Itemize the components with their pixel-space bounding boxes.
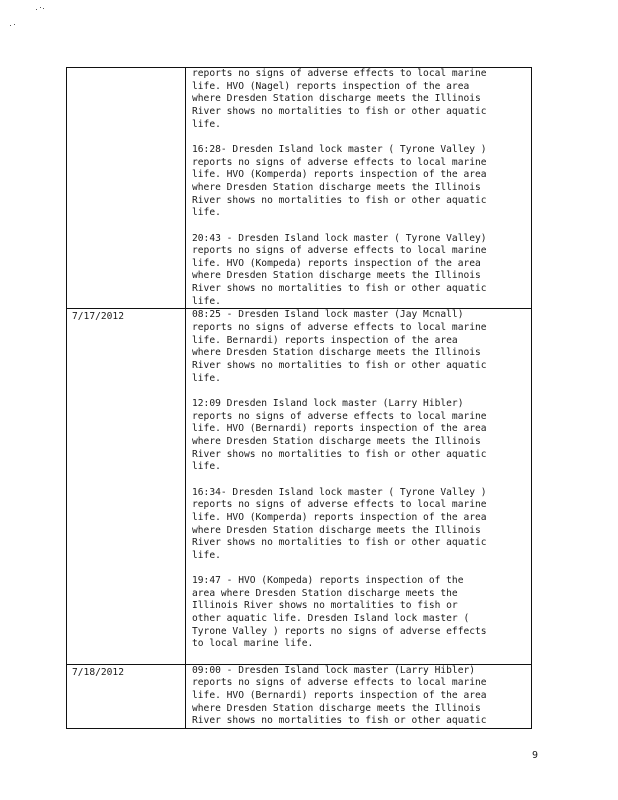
table-row: 7/18/2012 09:00 - Dresden Island lock ma… <box>67 664 532 728</box>
page-number: 9 <box>532 750 538 761</box>
log-entry: reports no signs of adverse effects to l… <box>192 68 526 131</box>
log-entry: 16:28- Dresden Island lock master ( Tyro… <box>192 144 526 220</box>
date-cell: 7/18/2012 <box>67 664 186 728</box>
table-row: 7/17/2012 08:25 - Dresden Island lock ma… <box>67 309 532 664</box>
date-cell: 7/17/2012 <box>67 309 186 664</box>
log-table: reports no signs of adverse effects to l… <box>66 67 532 729</box>
table-row: reports no signs of adverse effects to l… <box>67 68 532 309</box>
scan-artifacts <box>0 0 60 30</box>
date-cell <box>67 68 186 309</box>
entries-cell: 08:25 - Dresden Island lock master (Jay … <box>186 309 532 664</box>
log-entry: 09:00 - Dresden Island lock master (Larr… <box>192 665 526 728</box>
log-entry: 19:47 - HVO (Kompeda) reports inspection… <box>192 575 526 651</box>
log-entry: 12:09 Dresden Island lock master (Larry … <box>192 398 526 474</box>
log-entry: 20:43 - Dresden Island lock master ( Tyr… <box>192 233 526 309</box>
log-entry: 08:25 - Dresden Island lock master (Jay … <box>192 309 526 385</box>
log-entry: 16:34- Dresden Island lock master ( Tyro… <box>192 487 526 563</box>
entries-cell: 09:00 - Dresden Island lock master (Larr… <box>186 664 532 728</box>
entries-cell: reports no signs of adverse effects to l… <box>186 68 532 309</box>
